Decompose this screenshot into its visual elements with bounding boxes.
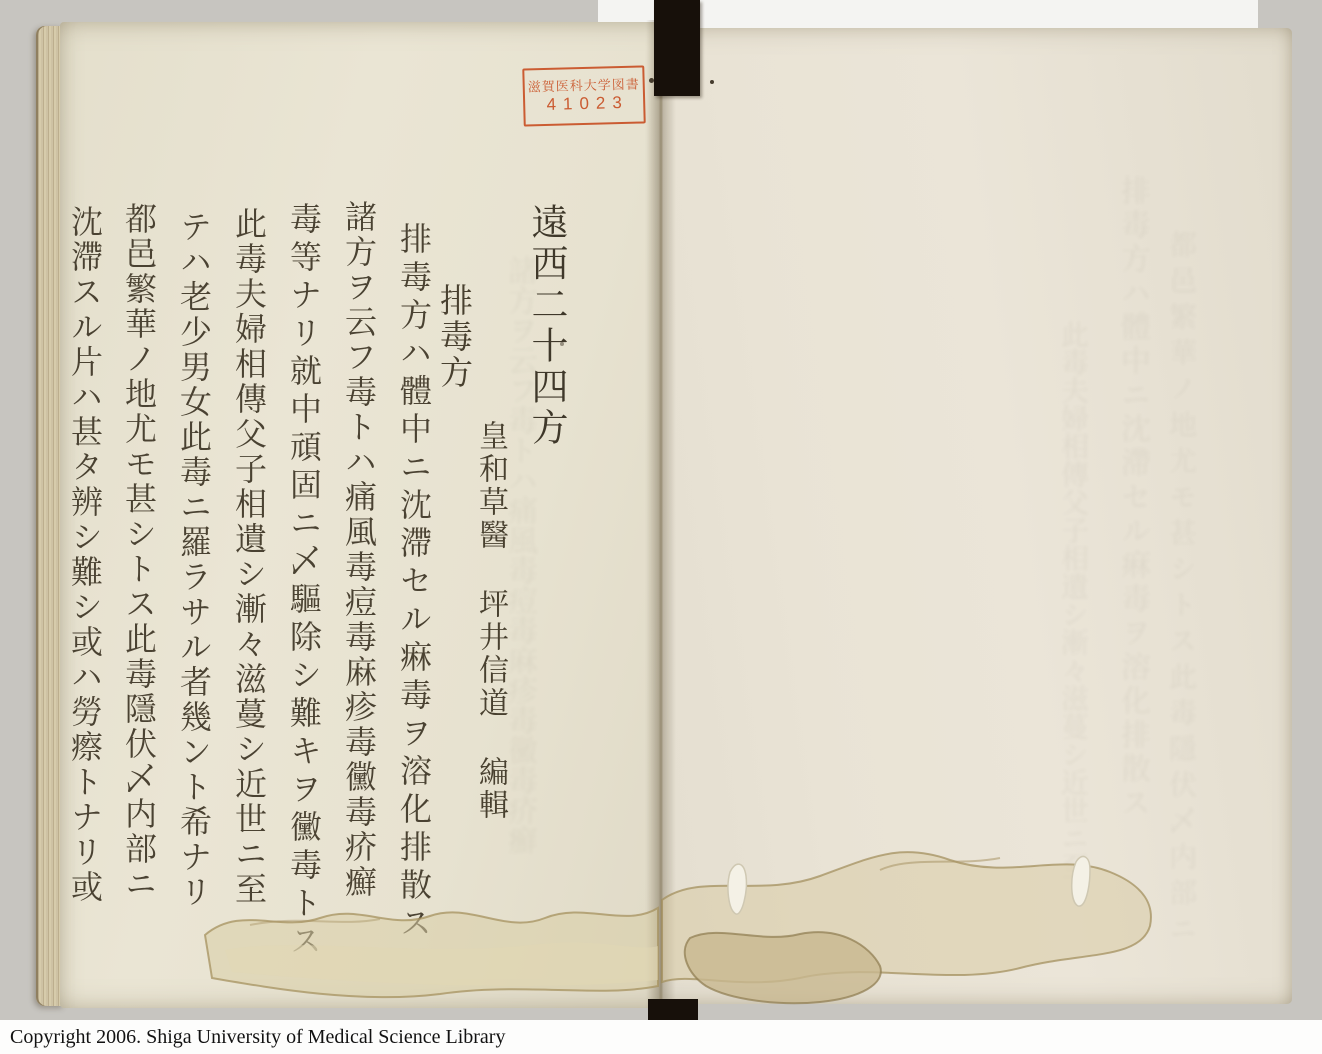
section-heading: 排毒方 — [430, 283, 477, 391]
scanned-book-photo: 諸方ヲ云フ毒トハ痛風毒痘毒麻疹毒黴毒疥癬 排毒方ハ體中ニ沈滯セル痳毒ヲ溶化排散ス… — [0, 0, 1322, 1054]
ghost-text: 都邑繁華ノ地尤モ甚シトス此毒隱伏乄内部ニ — [1160, 230, 1200, 950]
byline-author: 坪井信道 — [474, 588, 507, 720]
wormhole-dot — [560, 342, 564, 346]
ghost-text: 排毒方ハ體中ニ沈滯セル痳毒ヲ溶化排散ス — [1110, 175, 1154, 821]
byline-role: 編輯 — [474, 756, 507, 822]
body-column: 排毒方ハ體中ニ沈滯セル痳毒ヲ溶化排散ス — [391, 222, 437, 944]
body-column: 諸方ヲ云フ毒トハ痛風毒痘毒麻疹毒黴毒疥癬 — [336, 200, 382, 900]
binding-strap-top — [654, 0, 700, 96]
body-column: 沈滯スル片ハ甚タ辨シ難シ或ハ勞瘵トナリ或 — [62, 205, 108, 905]
byline-column: 皇和草醫 坪井信道 編輯 — [468, 420, 512, 822]
library-stamp: 滋賀医科大学図書 41023 — [522, 65, 645, 126]
manuscript-title: 遠西二十四方 — [518, 203, 572, 449]
body-column: 毒等ナリ就中頑固ニ乄驅除シ難キヲ黴毒トス — [281, 202, 327, 962]
body-column: テハ老少男女此毒ニ羅ラサル者幾ント希ナリ — [171, 210, 217, 910]
copyright-bar: Copyright 2006. Shiga University of Medi… — [0, 1020, 1322, 1054]
byline-school: 皇和草醫 — [474, 420, 507, 552]
body-column: 都邑繁華ノ地尤モ甚シトス此毒隱伏乄内部ニ — [116, 202, 162, 902]
ghost-text: 此毒夫婦相傳父子相遺シ漸々滋蔓シ近世ニ至 — [1052, 320, 1092, 880]
wormhole-dot — [710, 80, 714, 84]
body-column: 此毒夫婦相傳父子相遺シ漸々滋蔓シ近世ニ至 — [226, 207, 272, 907]
book-spine — [646, 20, 676, 1010]
copyright-text: Copyright 2006. Shiga University of Medi… — [10, 1026, 505, 1049]
library-stamp-number: 41023 — [546, 94, 629, 115]
